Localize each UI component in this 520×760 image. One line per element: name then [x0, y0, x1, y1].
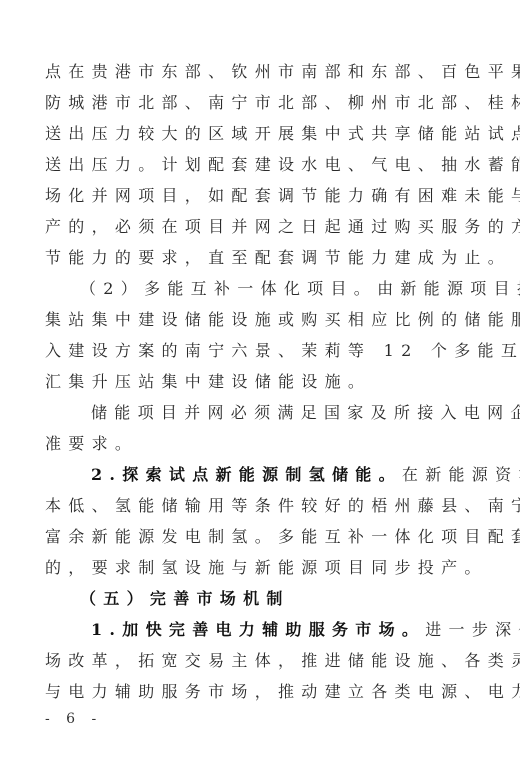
subitem-paragraph-start: （2）多能互补一体化项目。由新能源项目投资主体在并网汇 [80, 277, 520, 301]
item1-text: 进一步深化电力辅助服务市 [425, 620, 520, 639]
body-text-line: 送出压力较大的区域开展集中式共享储能站试点建设，缓解电网 [45, 122, 520, 146]
body-text-line: 入建设方案的南宁六景、茉莉等 12 个多能互补一体化项目在并网 [45, 339, 520, 363]
body-text-line: 产的，必须在项目并网之日起通过购买服务的方式来满足项目调 [45, 215, 520, 239]
paragraph-start: 储能项目并网必须满足国家及所接入电网企业制定的技术标 [91, 401, 520, 425]
body-text-line: 送出压力。计划配套建设水电、气电、抽水蓄能等调节能力的市 [45, 153, 520, 177]
body-text-line: 准要求。 [45, 432, 138, 456]
body-text-line: 汇集升压站集中建设储能设施。 [45, 370, 371, 394]
item2-first-line: 2.探索试点新能源制氢储能。在新能源资源条件好、发电成 [91, 463, 520, 487]
document-page: 点在贵港市东部、钦州市南部和东部、百色平果市、梧州市西部、 防城港市北部、南宁市… [0, 0, 520, 760]
page-number: - 6 - [45, 711, 102, 727]
body-text-line: 本低、氢能储输用等条件较好的梧州藤县、南宁横州市探索利用 [45, 494, 520, 518]
body-text-line: 点在贵港市东部、钦州市南部和东部、百色平果市、梧州市西部、 [45, 60, 520, 84]
body-text-line: 富余新能源发电制氢。多能互补一体化项目配套有制氢建设方案 [45, 525, 520, 549]
item1-heading: 1.加快完善电力辅助服务市场。 [91, 620, 425, 639]
section-heading: （五）完善市场机制 [80, 587, 290, 611]
body-text-line: 集站集中建设储能设施或购买相应比例的储能服务，重点推进纳 [45, 308, 520, 332]
body-text-line: 场化并网项目，如配套调节能力确有困难未能与项目本体同步投 [45, 184, 520, 208]
body-text-line: 与电力辅助服务市场，推动建立各类电源、电力用户参与辅助的 [45, 680, 520, 704]
body-text-line: 节能力的要求，直至配套调节能力建成为止。 [45, 246, 511, 270]
item2-heading: 2.探索试点新能源制氢储能。 [91, 465, 402, 484]
item2-text: 在新能源资源条件好、发电成 [402, 465, 520, 484]
body-text-line: 的，要求制氢设施与新能源项目同步投产。 [45, 556, 488, 580]
body-text-line: 防城港市北部、南宁市北部、柳州市北部、桂林市北部等新能源 [45, 91, 520, 115]
body-text-line: 场改革，拓宽交易主体，推进储能设施、各类灵活性调节电源参 [45, 649, 520, 673]
item1-first-line: 1.加快完善电力辅助服务市场。进一步深化电力辅助服务市 [91, 618, 520, 642]
